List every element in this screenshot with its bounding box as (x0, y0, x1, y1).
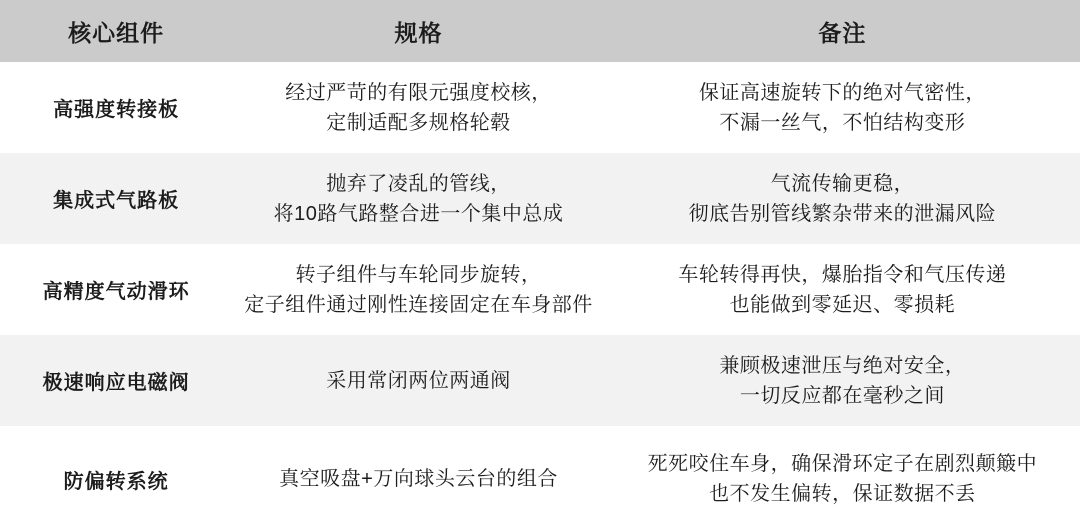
notes-line: 也不发生偏转，保证数据不丢 (709, 479, 976, 509)
spec-line: 抛弃了凌乱的管线， (326, 169, 511, 199)
spec-cell: 真空吸盘+万向球头云台的组合 (232, 426, 605, 532)
component-cell: 高精度气动滑环 (0, 244, 232, 335)
notes-line: 也能做到零延迟、零损耗 (730, 290, 956, 320)
notes-cell: 车轮转得再快，爆胎指令和气压传递 也能做到零延迟、零损耗 (605, 244, 1080, 335)
notes-cell: 兼顾极速泄压与绝对安全， 一切反应都在毫秒之间 (605, 335, 1080, 426)
notes-line: 兼顾极速泄压与绝对安全， (719, 351, 965, 381)
column-header-component: 核心组件 (0, 0, 232, 62)
notes-line: 彻底告别管线繁杂带来的泄漏风险 (689, 199, 997, 229)
notes-line: 一切反应都在毫秒之间 (740, 381, 945, 411)
notes-cell: 保证高速旋转下的绝对气密性， 不漏一丝气，不怕结构变形 (605, 62, 1080, 153)
spec-line: 转子组件与车轮同步旋转， (295, 260, 541, 290)
notes-cell: 气流传输更稳， 彻底告别管线繁杂带来的泄漏风险 (605, 153, 1080, 244)
component-cell: 集成式气路板 (0, 153, 232, 244)
spec-line: 经过严苛的有限元强度校核， (285, 78, 552, 108)
spec-cell: 抛弃了凌乱的管线， 将10路气路整合进一个集中总成 (232, 153, 605, 244)
notes-line: 不漏一丝气，不怕结构变形 (719, 108, 965, 138)
spec-line: 定子组件通过刚性连接固定在车身部件 (244, 290, 593, 320)
spec-cell: 采用常闭两位两通阀 (232, 335, 605, 426)
component-cell: 高强度转接板 (0, 62, 232, 153)
notes-line: 死死咬住车身，确保滑环定子在剧烈颠簸中 (648, 449, 1038, 479)
spec-cell: 经过严苛的有限元强度校核， 定制适配多规格轮毂 (232, 62, 605, 153)
spec-line: 采用常闭两位两通阀 (326, 366, 511, 396)
component-cell: 极速响应电磁阀 (0, 335, 232, 426)
notes-line: 保证高速旋转下的绝对气密性， (699, 78, 986, 108)
table-row: 防偏转系统 真空吸盘+万向球头云台的组合 死死咬住车身，确保滑环定子在剧烈颠簸中… (0, 426, 1080, 532)
component-cell: 防偏转系统 (0, 426, 232, 532)
column-header-spec: 规格 (232, 0, 605, 62)
table-header-row: 核心组件 规格 备注 (0, 0, 1080, 62)
table-row: 集成式气路板 抛弃了凌乱的管线， 将10路气路整合进一个集中总成 气流传输更稳，… (0, 153, 1080, 244)
table-row: 高强度转接板 经过严苛的有限元强度校核， 定制适配多规格轮毂 保证高速旋转下的绝… (0, 62, 1080, 153)
notes-cell: 死死咬住车身，确保滑环定子在剧烈颠簸中 也不发生偏转，保证数据不丢 (605, 426, 1080, 532)
spec-line: 真空吸盘+万向球头云台的组合 (279, 464, 558, 494)
spec-cell: 转子组件与车轮同步旋转， 定子组件通过刚性连接固定在车身部件 (232, 244, 605, 335)
spec-line: 将10路气路整合进一个集中总成 (274, 199, 564, 229)
spec-line: 定制适配多规格轮毂 (326, 108, 511, 138)
column-header-notes: 备注 (605, 0, 1080, 62)
component-spec-table: 核心组件 规格 备注 高强度转接板 经过严苛的有限元强度校核， 定制适配多规格轮… (0, 0, 1080, 532)
notes-line: 气流传输更稳， (771, 169, 915, 199)
table-row: 极速响应电磁阀 采用常闭两位两通阀 兼顾极速泄压与绝对安全， 一切反应都在毫秒之… (0, 335, 1080, 426)
notes-line: 车轮转得再快，爆胎指令和气压传递 (678, 260, 1006, 290)
table-row: 高精度气动滑环 转子组件与车轮同步旋转， 定子组件通过刚性连接固定在车身部件 车… (0, 244, 1080, 335)
